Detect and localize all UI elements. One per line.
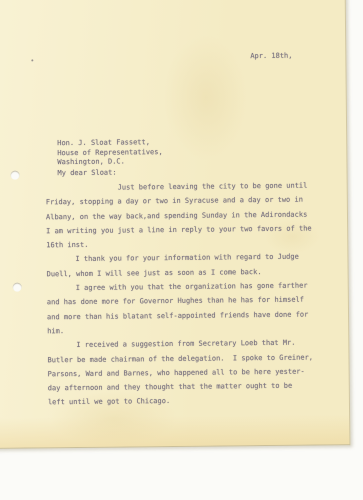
punch-hole-bottom bbox=[13, 283, 22, 292]
address-line-name: Hon. J. Sloat Fassett, bbox=[57, 138, 162, 149]
address-line-city: Washington, D.C. bbox=[57, 157, 162, 168]
address-line-institution: House of Representatives, bbox=[57, 148, 162, 159]
letter-body: Just before leaving the city to be gone … bbox=[46, 178, 328, 410]
salutation: My dear Sloat: bbox=[57, 169, 116, 178]
recipient-address-block: Hon. J. Sloat Fassett, House of Represen… bbox=[57, 138, 163, 168]
body-line: I thank you for your information with re… bbox=[46, 250, 326, 267]
paper-bottom-shading bbox=[0, 414, 349, 448]
punch-hole-top bbox=[11, 171, 20, 180]
letter-page: Apr. 18th, Hon. J. Sloat Fassett, House … bbox=[0, 0, 350, 449]
body-line: and more than his blatant self-appointed… bbox=[47, 307, 327, 324]
scan-background: Apr. 18th, Hon. J. Sloat Fassett, House … bbox=[0, 0, 363, 500]
body-line: left until we got to Chicago. bbox=[48, 393, 328, 410]
letter-date: Apr. 18th, bbox=[250, 52, 292, 60]
ink-speck bbox=[31, 59, 33, 61]
